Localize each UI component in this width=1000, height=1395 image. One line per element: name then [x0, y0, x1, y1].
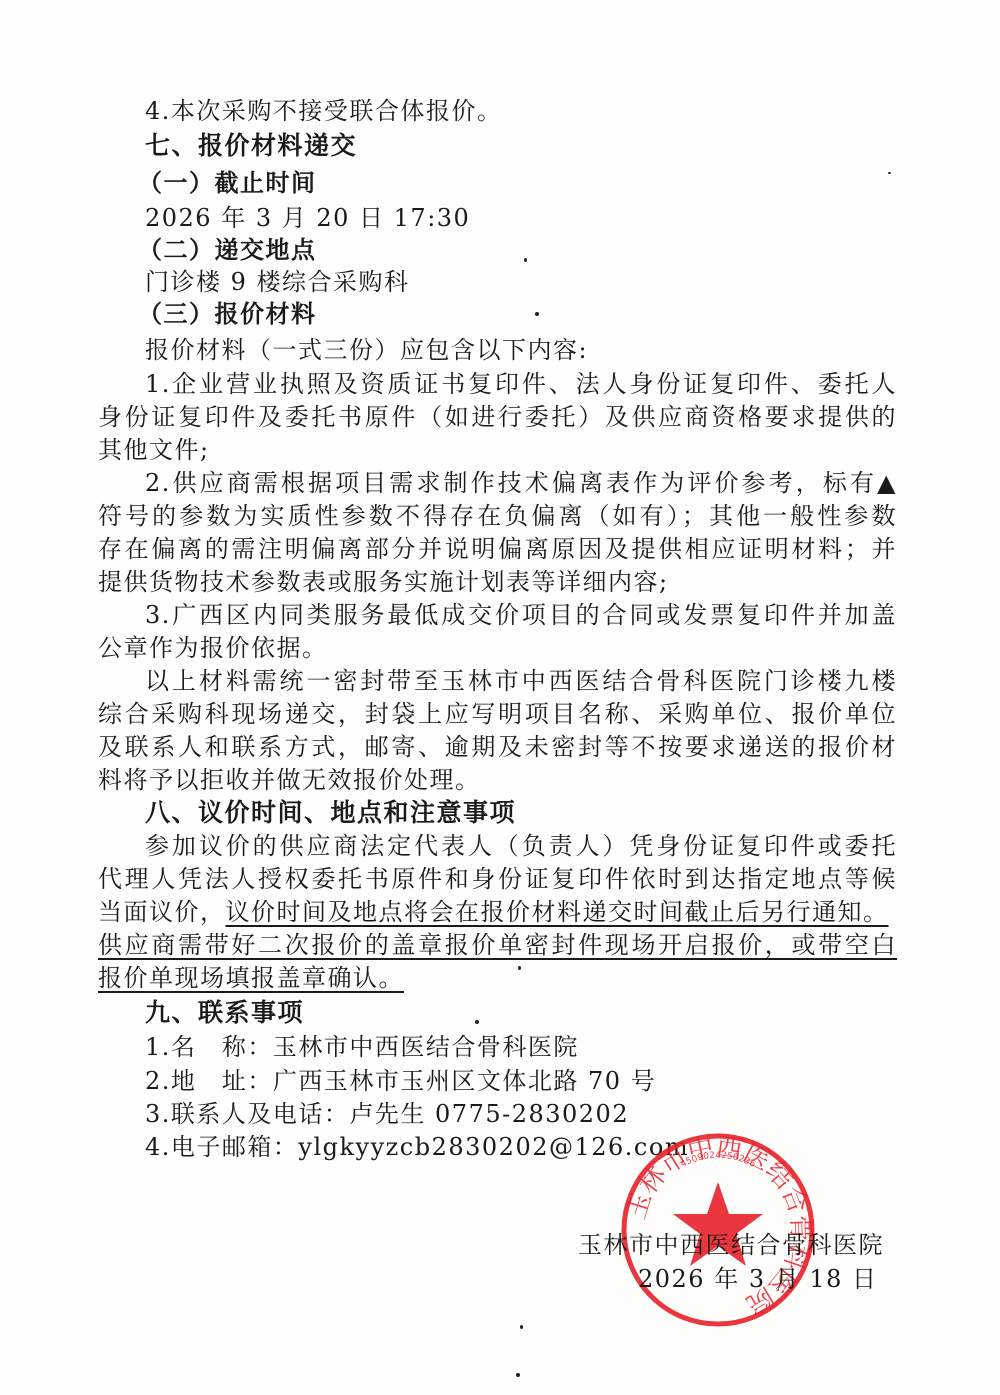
item2-line2: 符号的参数为实质性参数不得存在负偏离（如有）；其他一般性参数 — [98, 499, 897, 533]
item2-line1: 2.供应商需根据项目需求制作技术偏离表作为评价参考，标有▲ — [145, 466, 897, 500]
scan-speck — [535, 312, 539, 316]
item1-line3: 其他文件; — [98, 433, 210, 467]
scan-speck — [888, 172, 891, 174]
signature-date: 2026 年 3 月 18 日 — [638, 1262, 878, 1296]
contact-email: 4.电子邮箱：ylgkyyzcb2830202@126.com — [145, 1130, 689, 1164]
scan-speck — [520, 1325, 523, 1329]
scan-speck — [516, 1373, 520, 1377]
seal-note-line1: 以上材料需统一密封带至玉林市中西医结合骨科医院门诊楼九楼 — [145, 664, 897, 698]
signature-org: 玉林市中西医结合骨科医院 — [578, 1228, 884, 1262]
section-8-line4-underlined: 供应商需带好二次报价的盖章报价单密封件现场开启报价，或带空白 — [98, 928, 897, 962]
item3-line2: 公章作为报价依据。 — [98, 631, 328, 665]
section-8-line3-plain: 当面议价， — [98, 898, 226, 926]
scan-speck — [518, 966, 521, 970]
section-7-sub1-title: （一）截止时间 — [138, 166, 317, 200]
section-8-line5-underlined: 报价单现场填报盖章确认。 — [98, 961, 404, 995]
section-7-sub2-title: （二）递交地点 — [138, 233, 317, 267]
item3-line1: 3.广西区内同类服务最低成交价项目的合同或发票复印件并加盖 — [145, 598, 897, 632]
section-8-line3-underlined: 议价时间及地点将会在报价材料递交时间截止后另行通知。 — [226, 898, 889, 926]
document-page: 4.本次采购不接受联合体报价。 七、报价材料递交 （一）截止时间 2026 年 … — [0, 0, 1000, 1395]
materials-intro: 报价材料（一式三份）应包含以下内容: — [145, 333, 588, 367]
section-8-line1: 参加议价的供应商法定代表人（负责人）凭身份证复印件或委托 — [145, 829, 897, 863]
item1-line1: 1.企业营业执照及资质证书复印件、法人身份证复印件、委托人 — [145, 367, 897, 401]
contact-phone: 3.联系人及电话：卢先生 0775-2830202 — [145, 1097, 629, 1131]
section-8-line3: 当面议价，议价时间及地点将会在报价材料递交时间截止后另行通知。 — [98, 895, 889, 929]
intro-item-4: 4.本次采购不接受联合体报价。 — [145, 94, 502, 128]
seal-note-line3: 及联系人和联系方式，邮寄、逾期及未密封等不按要求递送的报价材 — [98, 730, 897, 764]
section-7-sub3-title: （三）报价材料 — [138, 297, 317, 331]
deadline-value: 2026 年 3 月 20 日 17:30 — [145, 201, 470, 235]
item2-line4: 提供货物技术参数表或服务实施计划表等详细内容; — [98, 565, 669, 599]
item1-line2: 身份证复印件及委托书原件（如进行委托）及供应商资格要求提供的 — [98, 400, 897, 434]
section-9-title: 九、联系事项 — [145, 996, 304, 1030]
contact-name: 1.名 称：玉林市中西医结合骨科医院 — [145, 1030, 579, 1064]
seal-note-line4: 料将予以拒收并做无效报价处理。 — [98, 763, 481, 797]
seal-note-line2: 综合采购科现场递交，封袋上应写明项目名称、采购单位、报价单位 — [98, 697, 897, 731]
scan-speck — [475, 1020, 479, 1024]
item2-line3: 存在偏离的需注明偏离部分并说明偏离原因及提供相应证明材料；并 — [98, 532, 897, 566]
section-8-line2: 代理人凭法人授权委托书原件和身份证复印件依时到达指定地点等候 — [98, 862, 897, 896]
section-7-title: 七、报价材料递交 — [145, 129, 357, 163]
section-8-title: 八、议价时间、地点和注意事项 — [145, 796, 516, 830]
location-value: 门诊楼 9 楼综合采购科 — [145, 265, 410, 299]
scan-speck — [524, 258, 527, 262]
contact-address: 2.地 址：广西玉林市玉州区文体北路 70 号 — [145, 1064, 656, 1098]
